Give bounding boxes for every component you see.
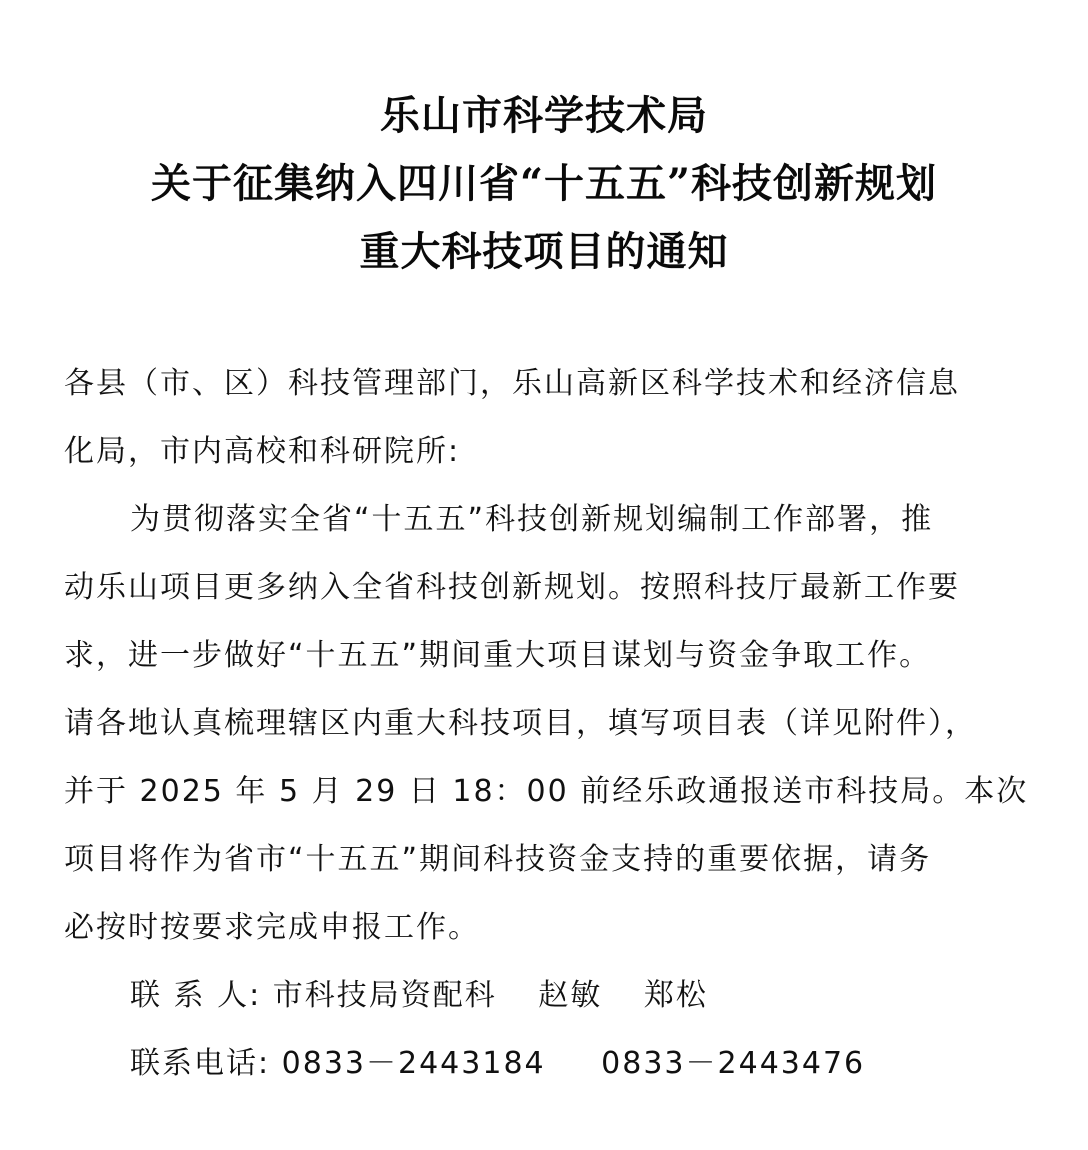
title-subject-line-2: 重大科技项目的通知 (0, 218, 1088, 286)
contact-phone-row: 联系电话: 0833－2443184 0833－2443476 (64, 1030, 1008, 1098)
contact-phone-1: 0833－2443184 (282, 1046, 546, 1081)
title-subject-line-1: 关于征集纳入四川省“十五五”科技创新规划 (0, 150, 1088, 218)
paragraph-line-6: 项目将作为省市“十五五”期间科技资金支持的重要依据，请务 (64, 826, 1008, 894)
paragraph-line-1: 为贯彻落实全省“十五五”科技创新规划编制工作部署，推 (64, 486, 1008, 554)
salutation-line-2: 化局，市内高校和科研院所: (64, 418, 1008, 486)
contact-person-row: 联 系 人: 市科技局资配科 赵敏 郑松 (64, 962, 1008, 1030)
document-title: 乐山市科学技术局 关于征集纳入四川省“十五五”科技创新规划 重大科技项目的通知 (0, 82, 1088, 286)
contact-department: 市科技局资配科 (273, 978, 497, 1013)
paragraph-line-7: 必按时按要求完成申报工作。 (64, 894, 1008, 962)
document-body: 各县（市、区）科技管理部门，乐山高新区科学技术和经济信息 化局，市内高校和科研院… (64, 350, 1008, 1098)
contact-phone-label: 联系电话: (130, 1030, 270, 1098)
paragraph-line-4: 请各地认真梳理辖区内重大科技项目，填写项目表（详见附件）， (64, 690, 1008, 758)
paragraph-line-2: 动乐山项目更多纳入全省科技创新规划。按照科技厅最新工作要 (64, 554, 1008, 622)
main-paragraph: 为贯彻落实全省“十五五”科技创新规划编制工作部署，推 动乐山项目更多纳入全省科技… (64, 486, 1008, 962)
contact-phone-2: 0833－2443476 (601, 1046, 865, 1081)
contact-name-1: 赵敏 (538, 978, 602, 1013)
salutation-line-1: 各县（市、区）科技管理部门，乐山高新区科学技术和经济信息 (64, 350, 1008, 418)
contact-name-2: 郑松 (644, 978, 708, 1013)
paragraph-line-3: 求，进一步做好“十五五”期间重大项目谋划与资金争取工作。 (64, 622, 1008, 690)
contact-person-label: 联 系 人: (130, 962, 261, 1030)
salutation: 各县（市、区）科技管理部门，乐山高新区科学技术和经济信息 化局，市内高校和科研院… (64, 350, 1008, 486)
title-issuer: 乐山市科学技术局 (0, 82, 1088, 150)
paragraph-line-5-deadline: 并于 2025 年 5 月 29 日 18：00 前经乐政通报送市科技局。本次 (64, 758, 1008, 826)
